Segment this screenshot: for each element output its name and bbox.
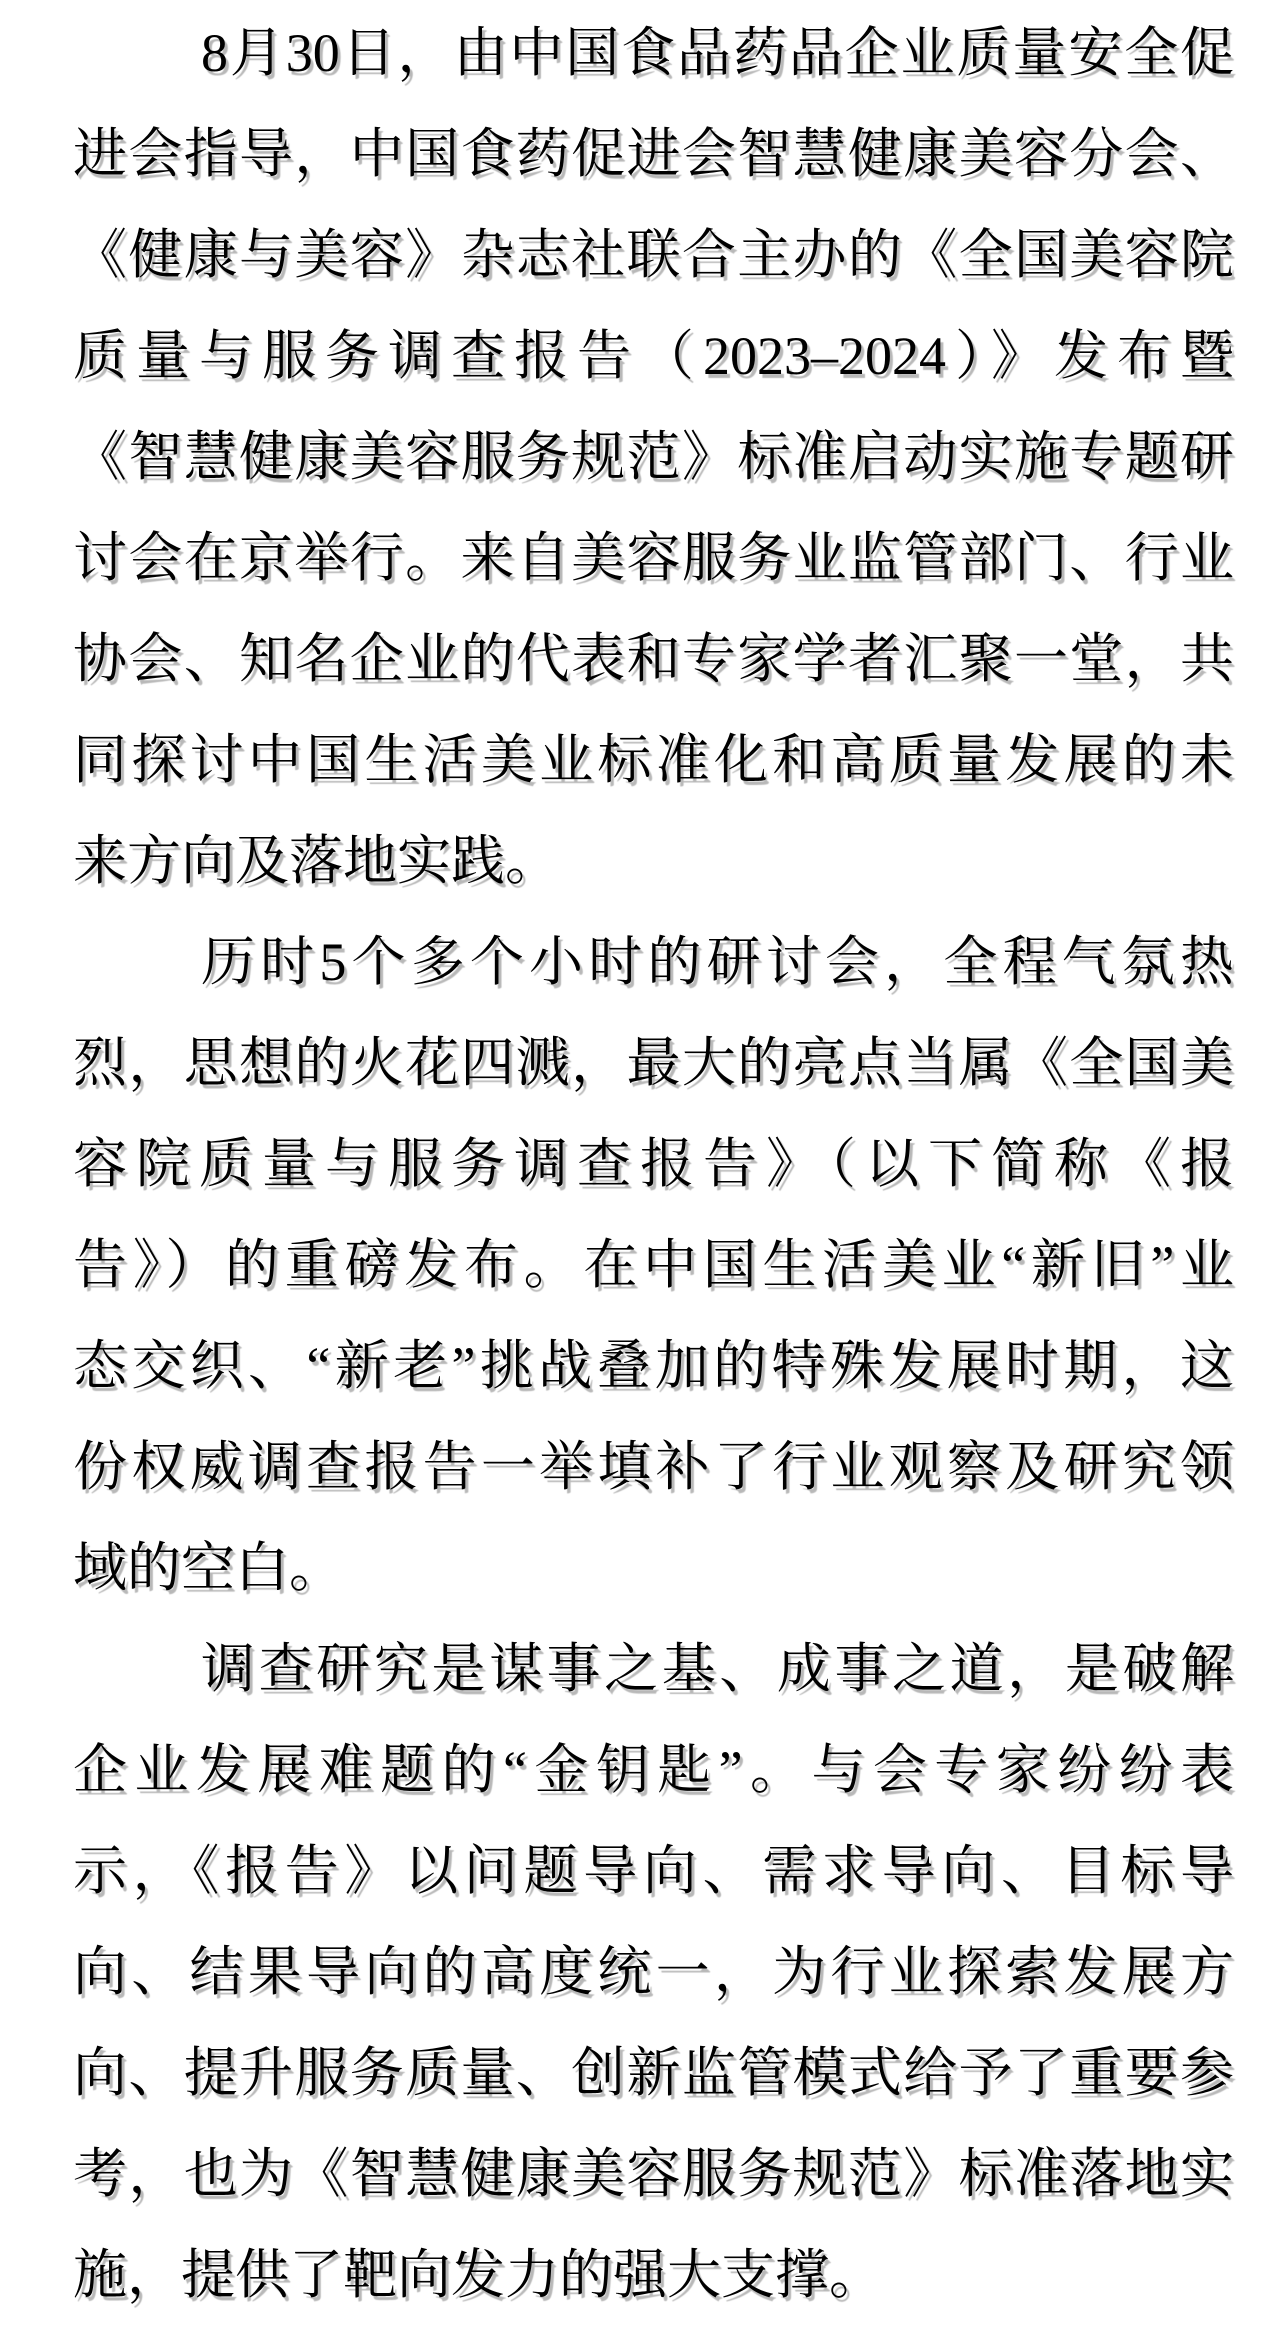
text-line: 8月30日，由中国食品药品企业质量安全促 [73, 3, 1234, 104]
text-line: 容院质量与服务调查报告》（以下简称《报 [73, 1114, 1234, 1215]
text-line: 《健康与美容》杂志社联合主办的《全国美容院 [73, 205, 1234, 306]
text-line: 告》）的重磅发布。在中国生活美业“新旧”业 [73, 1215, 1234, 1316]
document-page: 8月30日，由中国食品药品企业质量安全促 进会指导，中国食药促进会智慧健康美容分… [0, 0, 1280, 2327]
text-line: 考，也为《智慧健康美容服务规范》标准落地实 [73, 2124, 1234, 2225]
article-paragraph-2: 历时5个多个小时的研讨会，全程气氛热 烈，思想的火花四溅，最大的亮点当属《全国美… [73, 912, 1234, 1619]
text-line: 历时5个多个小时的研讨会，全程气氛热 [73, 912, 1234, 1013]
text-line: 《智慧健康美容服务规范》标准启动实施专题研 [73, 407, 1234, 508]
text-line: 调查研究是谋事之基、成事之道，是破解 [73, 1619, 1234, 1720]
text-line: 施，提供了靶向发力的强大支撑。 [73, 2225, 1234, 2326]
text-line: 向、结果导向的高度统一，为行业探索发展方 [73, 1922, 1234, 2023]
text-line: 同探讨中国生活美业标准化和高质量发展的未 [73, 710, 1234, 811]
text-line: 来方向及落地实践。 [73, 811, 1234, 912]
article-paragraph-1: 8月30日，由中国食品药品企业质量安全促 进会指导，中国食药促进会智慧健康美容分… [73, 3, 1234, 912]
text-line: 向、提升服务质量、创新监管模式给予了重要参 [73, 2023, 1234, 2124]
text-line: 讨会在京举行。来自美容服务业监管部门、行业 [73, 508, 1234, 609]
text-line: 烈，思想的火花四溅，最大的亮点当属《全国美 [73, 1013, 1234, 1114]
text-line: 示，《报告》以问题导向、需求导向、目标导 [73, 1821, 1234, 1922]
text-line: 协会、知名企业的代表和专家学者汇聚一堂，共 [73, 609, 1234, 710]
text-line: 企业发展难题的“金钥匙”。与会专家纷纷表 [73, 1720, 1234, 1821]
text-line: 份权威调查报告一举填补了行业观察及研究领 [73, 1417, 1234, 1518]
text-line: 域的空白。 [73, 1518, 1234, 1619]
text-line: 进会指导，中国食药促进会智慧健康美容分会、 [73, 104, 1234, 205]
text-line: 态交织、“新老”挑战叠加的特殊发展时期，这 [73, 1316, 1234, 1417]
article-paragraph-3: 调查研究是谋事之基、成事之道，是破解 企业发展难题的“金钥匙”。与会专家纷纷表 … [73, 1619, 1234, 2326]
text-line: 质量与服务调查报告（2023–2024）》发布暨 [73, 306, 1234, 407]
